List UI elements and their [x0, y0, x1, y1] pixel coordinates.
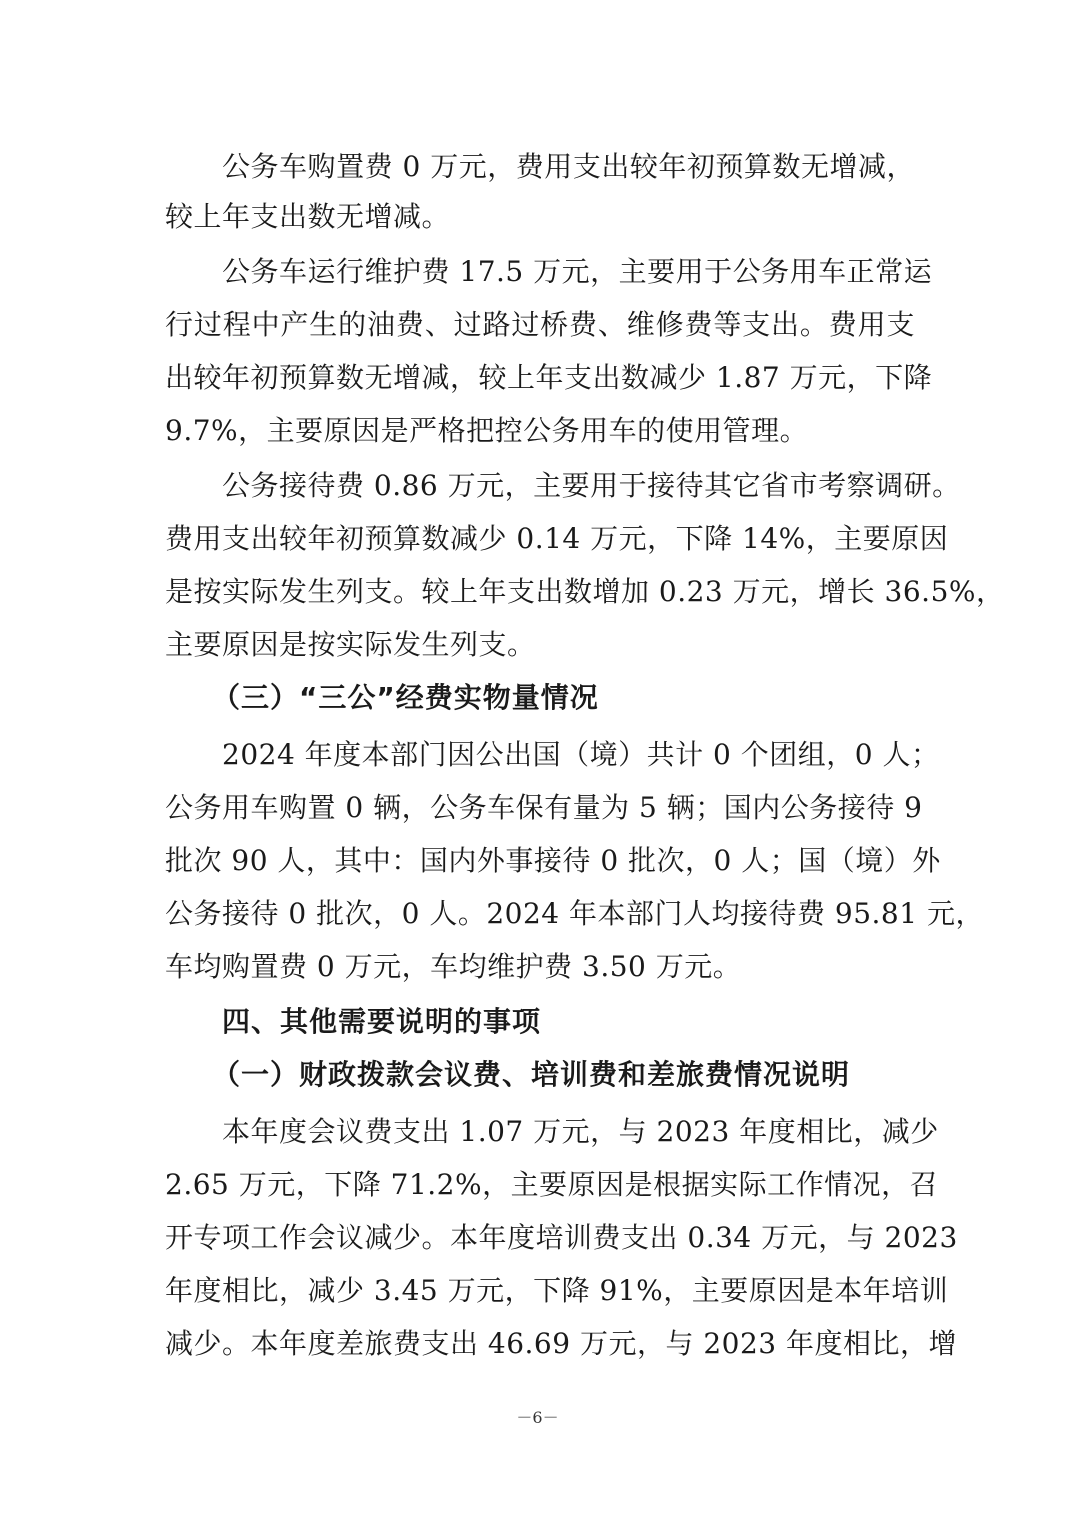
paragraph-meeting-training-line-5: 减少。本年度差旅费支出 46.69 万元，与 2023 年度相比，增 — [165, 1322, 915, 1366]
paragraph-meeting-training-line-2: 2.65 万元，下降 71.2%，主要原因是根据实际工作情况，召 — [165, 1163, 915, 1207]
paragraph-physical-quantity-line-5: 车均购置费 0 万元，车均维护费 3.50 万元。 — [165, 945, 915, 989]
paragraph-meeting-training-line-3: 开专项工作会议减少。本年度培训费支出 0.34 万元，与 2023 — [165, 1216, 915, 1260]
paragraph-vehicle-maintenance-line-3: 出较年初预算数无增减，较上年支出数减少 1.87 万元，下降 — [165, 356, 915, 400]
paragraph-vehicle-maintenance-line-1: 公务车运行维护费 17.5 万元，主要用于公务用车正常运 — [222, 250, 915, 294]
paragraph-meeting-training-line-1: 本年度会议费支出 1.07 万元，与 2023 年度相比，减少 — [222, 1110, 915, 1154]
paragraph-vehicle-purchase-line-1: 公务车购置费 0 万元，费用支出较年初预算数无增减， — [222, 145, 915, 189]
paragraph-reception-line-2: 费用支出较年初预算数减少 0.14 万元，下降 14%，主要原因 — [165, 517, 915, 561]
subsection-heading-meeting-training-travel: （一）财政拨款会议费、培训费和差旅费情况说明 — [212, 1053, 850, 1097]
page-number: －6－ — [0, 1408, 1075, 1428]
paragraph-physical-quantity-line-1: 2024 年度本部门因公出国（境）共计 0 个团组，0 人； — [222, 733, 915, 777]
paragraph-vehicle-purchase-line-2: 较上年支出数无增减。 — [165, 195, 915, 239]
paragraph-physical-quantity-line-3: 批次 90 人，其中：国内外事接待 0 批次，0 人；国（境）外 — [165, 839, 915, 883]
paragraph-reception-line-3: 是按实际发生列支。较上年支出数增加 0.23 万元，增长 36.5%， — [165, 570, 915, 614]
document-page: 公务车购置费 0 万元，费用支出较年初预算数无增减， 较上年支出数无增减。 公务… — [0, 0, 1075, 1520]
paragraph-reception-line-4: 主要原因是按实际发生列支。 — [165, 623, 915, 667]
paragraph-vehicle-maintenance-line-2: 行过程中产生的油费、过路过桥费、维修费等支出。费用支 — [165, 303, 915, 347]
paragraph-reception-line-1: 公务接待费 0.86 万元，主要用于接待其它省市考察调研。 — [222, 464, 915, 508]
section-heading-physical-quantity: （三）“三公”经费实物量情况 — [212, 676, 599, 720]
paragraph-meeting-training-line-4: 年度相比，减少 3.45 万元，下降 91%，主要原因是本年培训 — [165, 1269, 915, 1313]
section-heading-other-matters: 四、其他需要说明的事项 — [222, 1000, 541, 1044]
paragraph-vehicle-maintenance-line-4: 9.7%，主要原因是严格把控公务用车的使用管理。 — [165, 409, 915, 453]
paragraph-physical-quantity-line-4: 公务接待 0 批次，0 人。2024 年本部门人均接待费 95.81 元， — [165, 892, 915, 936]
paragraph-physical-quantity-line-2: 公务用车购置 0 辆，公务车保有量为 5 辆；国内公务接待 9 — [165, 786, 915, 830]
